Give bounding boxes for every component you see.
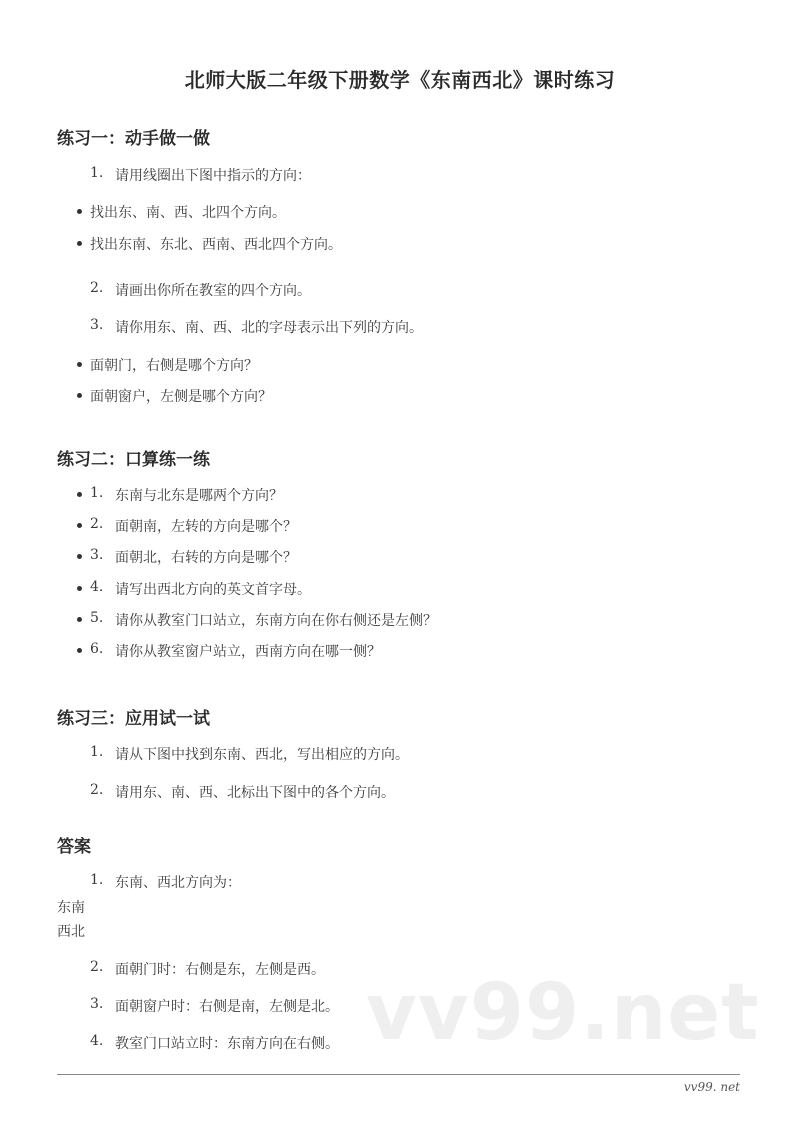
bullet-icon [77,492,82,497]
answer-line: 西北 [57,921,85,941]
footer-site-label: vv99. net [684,1080,740,1094]
bullet-icon [77,648,82,653]
item-text: 面朝窗户，左侧是哪个方向？ [90,386,272,406]
item-text: 请你从教室窗户站立，西南方向在哪一侧？ [115,641,381,661]
item-number: 5. [90,610,103,626]
item-number: 1. [90,485,103,501]
numbered-item: 1. 请用线圈出下图中指示的方向： [0,165,800,185]
bullet-numbered-item: 3. 面朝北，右转的方向是哪个？ [0,547,800,567]
bullet-item: 找出东南、东北、西南、西北四个方向。 [0,234,800,254]
section-heading-exercise-2: 练习二：口算练一练 [57,445,210,470]
item-text: 请写出西北方向的英文首字母。 [115,579,311,599]
item-text: 东南与北东是哪两个方向？ [115,485,283,505]
bullet-item: 面朝门，右侧是哪个方向？ [0,355,800,375]
item-number: 6. [90,641,103,657]
bullet-numbered-item: 1. 东南与北东是哪两个方向？ [0,485,800,505]
item-text: 教室门口站立时：东南方向在右侧。 [115,1033,339,1053]
bullet-icon [77,362,82,367]
item-text: 面朝门时：右侧是东，左侧是西。 [115,959,325,979]
item-number: 3. [90,317,103,333]
footer-divider [57,1074,740,1075]
bullet-icon [77,554,82,559]
item-text: 找出东南、东北、西南、西北四个方向。 [90,234,342,254]
bullet-icon [77,241,82,246]
document-title: 北师大版二年级下册数学《东南西北》课时练习 [0,64,800,93]
item-number: 4. [90,579,103,595]
item-number: 2. [90,959,103,975]
item-text: 面朝门，右侧是哪个方向？ [90,355,258,375]
item-text: 请从下图中找到东南、西北，写出相应的方向。 [115,744,409,764]
bullet-numbered-item: 6. 请你从教室窗户站立，西南方向在哪一侧？ [0,641,800,661]
bullet-item: 面朝窗户，左侧是哪个方向？ [0,386,800,406]
bullet-icon [77,393,82,398]
bullet-item: 找出东、南、西、北四个方向。 [0,202,800,222]
item-number: 3. [90,547,103,563]
bullet-icon [77,586,82,591]
item-text: 请画出你所在教室的四个方向。 [115,280,311,300]
item-text: 面朝南，左转的方向是哪个？ [115,516,297,536]
item-text: 请用线圈出下图中指示的方向： [115,165,311,185]
item-text: 面朝窗户时：右侧是南，左侧是北。 [115,996,339,1016]
item-number: 1. [90,165,103,181]
item-text: 东南、西北方向为： [115,872,241,892]
item-text: 找出东、南、西、北四个方向。 [90,202,286,222]
item-number: 1. [90,872,103,888]
item-number: 3. [90,996,103,1012]
item-text: 请你用东、南、西、北的字母表示出下列的方向。 [115,317,423,337]
numbered-item: 2. 请画出你所在教室的四个方向。 [0,280,800,300]
item-number: 1. [90,744,103,760]
numbered-item: 1. 东南、西北方向为： [0,872,800,892]
numbered-item: 2. 请用东、南、西、北标出下图中的各个方向。 [0,782,800,802]
answer-line: 东南 [57,897,85,917]
watermark: vv99.net [366,968,760,1058]
numbered-item: 3. 请你用东、南、西、北的字母表示出下列的方向。 [0,317,800,337]
bullet-icon [77,523,82,528]
item-text: 请用东、南、西、北标出下图中的各个方向。 [115,782,395,802]
item-number: 2. [90,516,103,532]
bullet-icon [77,617,82,622]
item-text: 面朝北，右转的方向是哪个？ [115,547,297,567]
item-number: 2. [90,782,103,798]
section-heading-exercise-3: 练习三：应用试一试 [57,704,210,729]
item-text: 请你从教室门口站立，东南方向在你右侧还是左侧？ [115,610,437,630]
bullet-numbered-item: 5. 请你从教室门口站立，东南方向在你右侧还是左侧？ [0,610,800,630]
bullet-numbered-item: 2. 面朝南，左转的方向是哪个？ [0,516,800,536]
section-heading-answers: 答案 [57,832,91,857]
item-number: 2. [90,280,103,296]
bullet-numbered-item: 4. 请写出西北方向的英文首字母。 [0,579,800,599]
bullet-icon [77,209,82,214]
numbered-item: 1. 请从下图中找到东南、西北，写出相应的方向。 [0,744,800,764]
section-heading-exercise-1: 练习一：动手做一做 [57,124,210,149]
item-number: 4. [90,1033,103,1049]
